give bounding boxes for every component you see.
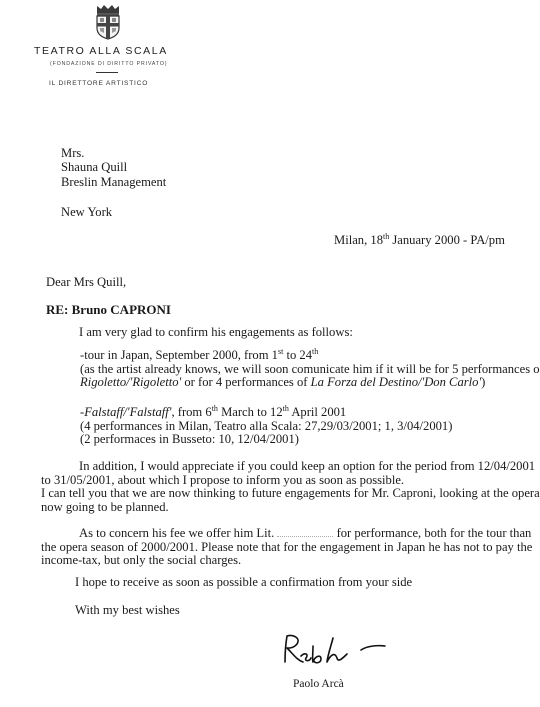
signer-name: Paolo Arcà [293, 677, 344, 691]
letterhead-name: TEATRO ALLA SCALA [34, 45, 168, 57]
tour-text: ) [481, 375, 485, 389]
coat-of-arms-icon [92, 4, 124, 40]
recipient-city: New York [61, 205, 112, 219]
paragraph-fee: As to concern his fee we offer him Lit. … [41, 526, 527, 567]
letterhead-divider [96, 72, 118, 73]
closing: With my best wishes [75, 603, 180, 617]
recipient-line: Mrs. [61, 146, 166, 160]
falstaff-text: , from 6 [171, 405, 211, 419]
fee-text: As to concern his fee we offer him Lit. [79, 526, 277, 540]
paragraph-line: As to concern his fee we offer him Lit. … [41, 526, 527, 540]
letterhead-subtitle: (FONDAZIONE DI DIRITTO PRIVATO) [50, 61, 167, 67]
salutation: Dear Mrs Quill, [46, 275, 126, 289]
paragraph-line: income-tax, but only the social charges. [41, 553, 527, 567]
falstaff-text: April 2001 [289, 405, 346, 419]
paragraph-line: the opera season of 2000/2001. Please no… [41, 540, 527, 554]
tour-dates-text: to 24 [283, 348, 312, 362]
paragraph-option: In addition, I would appreciate if you c… [41, 459, 527, 513]
paragraph-line: In addition, I would appreciate if you c… [41, 459, 527, 473]
ordinal-suffix: th [312, 347, 318, 356]
tour-text: or for 4 performances of [181, 375, 310, 389]
tour-line-3: Rigoletto/'Rigoletto' or for 4 performan… [80, 375, 540, 389]
falstaff-text: March to 12 [218, 405, 283, 419]
letterhead-office: IL DIRETTORE ARTISTICO [49, 80, 148, 87]
recipient-line: Breslin Management [61, 175, 166, 189]
closing-request: I hope to receive as soon as possible a … [75, 575, 412, 589]
fee-amount-redacted [277, 527, 333, 537]
intro-sentence: I am very glad to confirm his engagement… [79, 325, 353, 339]
paragraph-line: I can tell you that we are now thinking … [41, 486, 527, 500]
falstaff-line-2: (4 performances in Milan, Teatro alla Sc… [80, 419, 452, 433]
date-rest: January 2000 - PA/pm [389, 233, 505, 247]
opera-title: La Forza del Destino/'Don Carlo' [311, 375, 482, 389]
recipient-address: Mrs. Shauna Quill Breslin Management [61, 146, 166, 189]
date-day: 18 [370, 233, 383, 247]
falstaff-line-1: -Falstaff/'Falstaff', from 6th March to … [80, 405, 452, 419]
tour-line-2: (as the artist already knows, we will so… [80, 362, 540, 376]
engagement-falstaff: -Falstaff/'Falstaff', from 6th March to … [80, 405, 452, 446]
paragraph-line: now going to be planned. [41, 500, 527, 514]
letter-date: Milan, 18th January 2000 - PA/pm [334, 233, 505, 247]
fee-text: for performance, both for the tour than [333, 526, 531, 540]
tour-dates-text: -tour in Japan, September 2000, from 1 [80, 348, 278, 362]
handwritten-signature-icon [281, 632, 391, 674]
tour-line-1: -tour in Japan, September 2000, from 1st… [80, 348, 540, 362]
subject-line: RE: Bruno CAPRONI [46, 303, 171, 317]
engagement-tour-japan: -tour in Japan, September 2000, from 1st… [80, 348, 540, 389]
opera-title: Rigoletto/'Rigoletto' [80, 375, 181, 389]
opera-title: -Falstaff/'Falstaff' [80, 405, 171, 419]
paragraph-line: to 31/05/2001, about which I propose to … [41, 473, 527, 487]
falstaff-line-3: (2 performaces in Busseto: 10, 12/04/200… [80, 432, 452, 446]
date-place: Milan, [334, 233, 370, 247]
recipient-line: Shauna Quill [61, 160, 166, 174]
